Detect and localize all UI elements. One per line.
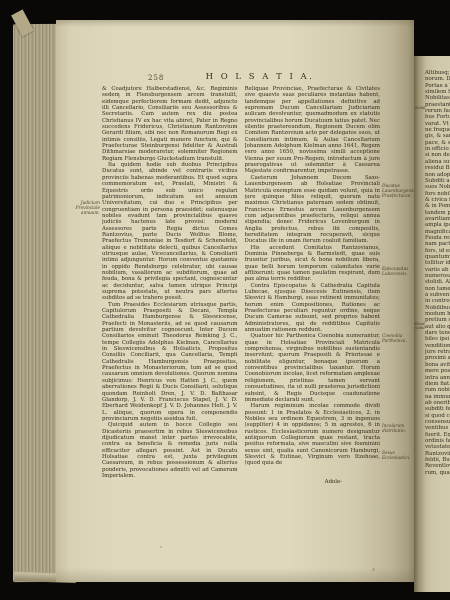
cutoff-text-line: residui Branden <box>425 165 450 171</box>
cutoff-text-line: ampla ipsis facu <box>425 222 450 228</box>
margin-note-episcopatus: Episcopatus Lubecensis. <box>382 268 412 278</box>
recto-cutoff-text: Altibusq; regimnorum. DelictaPortae à Vi… <box>425 70 450 540</box>
cutoff-text-line: suos Nobiles, it <box>425 184 450 190</box>
left-page: 258 H O L S A T I A. & Coadjutore Halber… <box>56 20 414 582</box>
cutoff-text-line: proximi agnati <box>425 355 450 361</box>
text-block: & Coadjutore Halberstadiensi, &c. Regimi… <box>102 86 380 489</box>
recto-margin-note-nobilitas: Nobilitas. <box>415 106 425 110</box>
margin-note-sexus: Sexus Ecclesiastici. <box>382 452 412 462</box>
paragraph: His accedunt Comitatus Rantzovianus, Dom… <box>245 245 381 283</box>
cutoff-text-line: pretium statuitu <box>425 317 450 323</box>
paragraph: Contra Episcopatus & Cathedralia Capitul… <box>245 283 381 334</box>
cutoff-text-line: na immunia sun <box>425 394 450 400</box>
cutoff-text-line: gis, & sane bellis <box>425 133 450 139</box>
cutoff-text-line: intra annum & <box>425 375 450 381</box>
cutoff-text-line: mere possint, q <box>425 368 450 374</box>
running-head-title: H O L S A T I A. <box>168 72 352 82</box>
paragraph: Caeterum Johannem Ducem Saxo-Lauenburgen… <box>245 175 381 245</box>
right-column: Reliquae Provinciae, Praefecturae & Civi… <box>245 86 381 489</box>
cutoff-text-line: non adoptat off <box>425 172 450 178</box>
foxing-spot <box>160 546 162 548</box>
margin-note-coenobia: Coenobia Parthenica. <box>382 335 412 345</box>
cutoff-text-line: stolidi. Alias var <box>425 279 450 285</box>
cutoff-text-line: rum, quam dat <box>425 470 450 476</box>
book-scan: 258 H O L S A T I A. & Coadjutore Halber… <box>0 0 450 600</box>
margin-note-lauenburg: Ducatus Lauenburgensis Praefecturae. <box>382 185 412 200</box>
paragraph: Quicquid autem in hocce Collegio seu Dic… <box>102 422 238 479</box>
cutoff-text-line: fors nobilium e <box>425 191 450 197</box>
cutoff-text-line: Reventlovii, qu <box>425 463 450 469</box>
foxing-spot <box>262 352 264 354</box>
cutoff-text-line: norum. Delicta <box>425 76 450 82</box>
paragraph: & Coadjutore Halberstadiensi, &c. Regimi… <box>102 86 238 162</box>
catchword: Adole- <box>244 479 378 485</box>
cutoff-text-line: Nobilitas antiq <box>425 95 450 101</box>
paragraph: Tum Praesides Ecclesiarum utriusque part… <box>102 302 238 423</box>
cutoff-text-line: si quod commun <box>425 413 450 419</box>
cutoff-text-line: & in Pomerania <box>425 203 450 209</box>
cutoff-text-line: magnifica & spl <box>425 229 450 235</box>
page-number: 258 <box>148 74 164 82</box>
margin-note-judicium: Judicium Provinciale annuum. <box>72 202 100 217</box>
cutoff-text-line: subditi ferunt, n <box>425 406 450 412</box>
recto-margin-note-feuda: Feuda nobilium. <box>415 322 425 331</box>
cutoff-text-line: biles ipsi inter se <box>425 336 450 342</box>
paragraph: Ita quidem hodie sub duobus Principibus … <box>102 162 238 302</box>
margin-note-incolae: Incolarum distributio. <box>382 425 412 435</box>
paragraph: Reliquae Provinciae, Praefecturae & Civi… <box>245 86 381 175</box>
paragraph: Harum regiminum incolae commode dividi p… <box>245 403 381 466</box>
cutoff-text-line: bus Fortunam d <box>425 114 450 120</box>
cutoff-text-line: nam pactum, q <box>425 241 450 247</box>
paragraph: Quatuor hic Parthenica Coenobia numerant… <box>245 333 381 403</box>
cutoff-text-line: si non delinqua <box>425 152 450 158</box>
page-edges <box>13 24 58 582</box>
cutoff-text-line: tandem privileg <box>425 210 450 216</box>
cutoff-text-line: tollitur id effugi <box>425 260 450 266</box>
cutoff-text-line: fuerit. Equestris <box>425 432 450 438</box>
cutoff-text-line: ventibus decret <box>425 425 450 431</box>
foxing-spot <box>118 96 120 98</box>
left-column: & Coadjutore Halberstadiensi, &c. Regimi… <box>102 86 238 489</box>
cutoff-text-line: vetustate clarae <box>425 444 450 450</box>
right-page-sliver: Nobilitas. Feuda nobilium. Altibusq; reg… <box>414 56 450 592</box>
cutoff-text-line: in controversia, <box>425 298 450 304</box>
cutoff-text-line: rum nobilium b <box>425 387 450 393</box>
foxing-spot <box>372 568 375 571</box>
